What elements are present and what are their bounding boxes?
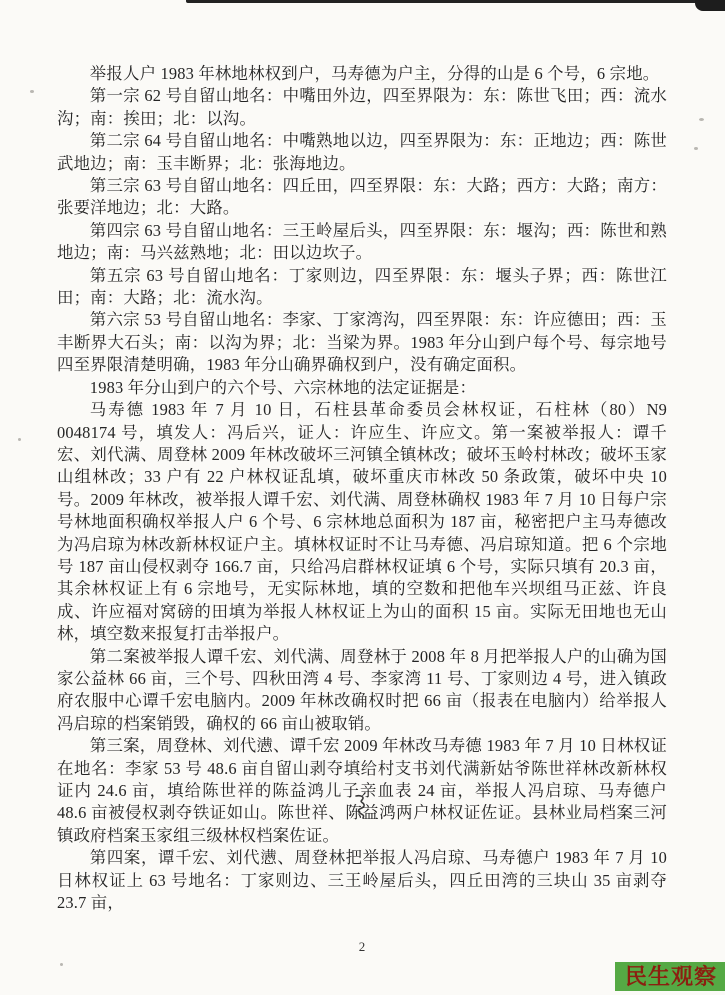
document-body: 举报人户 1983 年林地林权到户，马寿德为户主，分得的山是 6 个号，6 宗地… xyxy=(57,63,667,914)
paragraph: 第四案，谭千宏、刘代懑、周登林把举报人冯启琼、马寿德户 1983 年 7 月 1… xyxy=(57,847,667,914)
scan-speck xyxy=(18,438,21,441)
paragraph: 第五宗 63 号自留山地名：丁家则边，四至界限：东：堰头子界；西：陈世江田；南：… xyxy=(57,265,667,310)
paragraph: 第三宗 63 号自留山地名：四丘田，四至界限：东：大路；西方：大路；南方：张要洋… xyxy=(57,175,667,220)
paragraph: 马寿德 1983 年 7 月 10 日，石柱县革命委员会林权证，石柱林（80）N… xyxy=(57,399,667,645)
scan-speck xyxy=(694,147,698,150)
scan-corner-artifact xyxy=(695,0,725,11)
paragraph: 第一宗 62 号自留山地名：中嘴田外边，四至界限为：东：陈世飞田；西：流水沟；南… xyxy=(57,85,667,130)
paragraph: 第二宗 64 号自留山地名：中嘴熟地以边，四至界限为：东：正地边；西：陈世武地边… xyxy=(57,130,667,175)
paragraph: 第二案被举报人谭千宏、刘代满、周登林于 2008 年 8 月把举报人户的山确为国… xyxy=(57,646,667,736)
scan-speck xyxy=(60,963,63,966)
paragraph: 1983 年分山到户的六个号、六宗林地的法定证据是： xyxy=(57,377,667,399)
watermark: 民生观察 xyxy=(615,962,725,991)
paragraph: 举报人户 1983 年林地林权到户，马寿德为户主，分得的山是 6 个号，6 宗地… xyxy=(57,63,667,85)
scan-speck xyxy=(30,90,34,93)
scan-speck xyxy=(699,118,704,121)
scan-edge-line xyxy=(186,0,725,3)
paragraph: 第三案，周登林、刘代懑、谭千宏 2009 年林改马寿德 1983 年 7 月 1… xyxy=(57,735,667,847)
paragraph: 第六宗 53 号自留山地名：李家、丁家湾沟，四至界限：东：许应德田；西：玉丰断界… xyxy=(57,309,667,376)
page-number: 2 xyxy=(57,939,667,955)
watermark-label: 民生观察 xyxy=(625,964,717,989)
paragraph: 第四宗 63 号自留山地名：三王岭屋后头，四至界限：东：堰沟；西：陈世和熟地边；… xyxy=(57,220,667,265)
